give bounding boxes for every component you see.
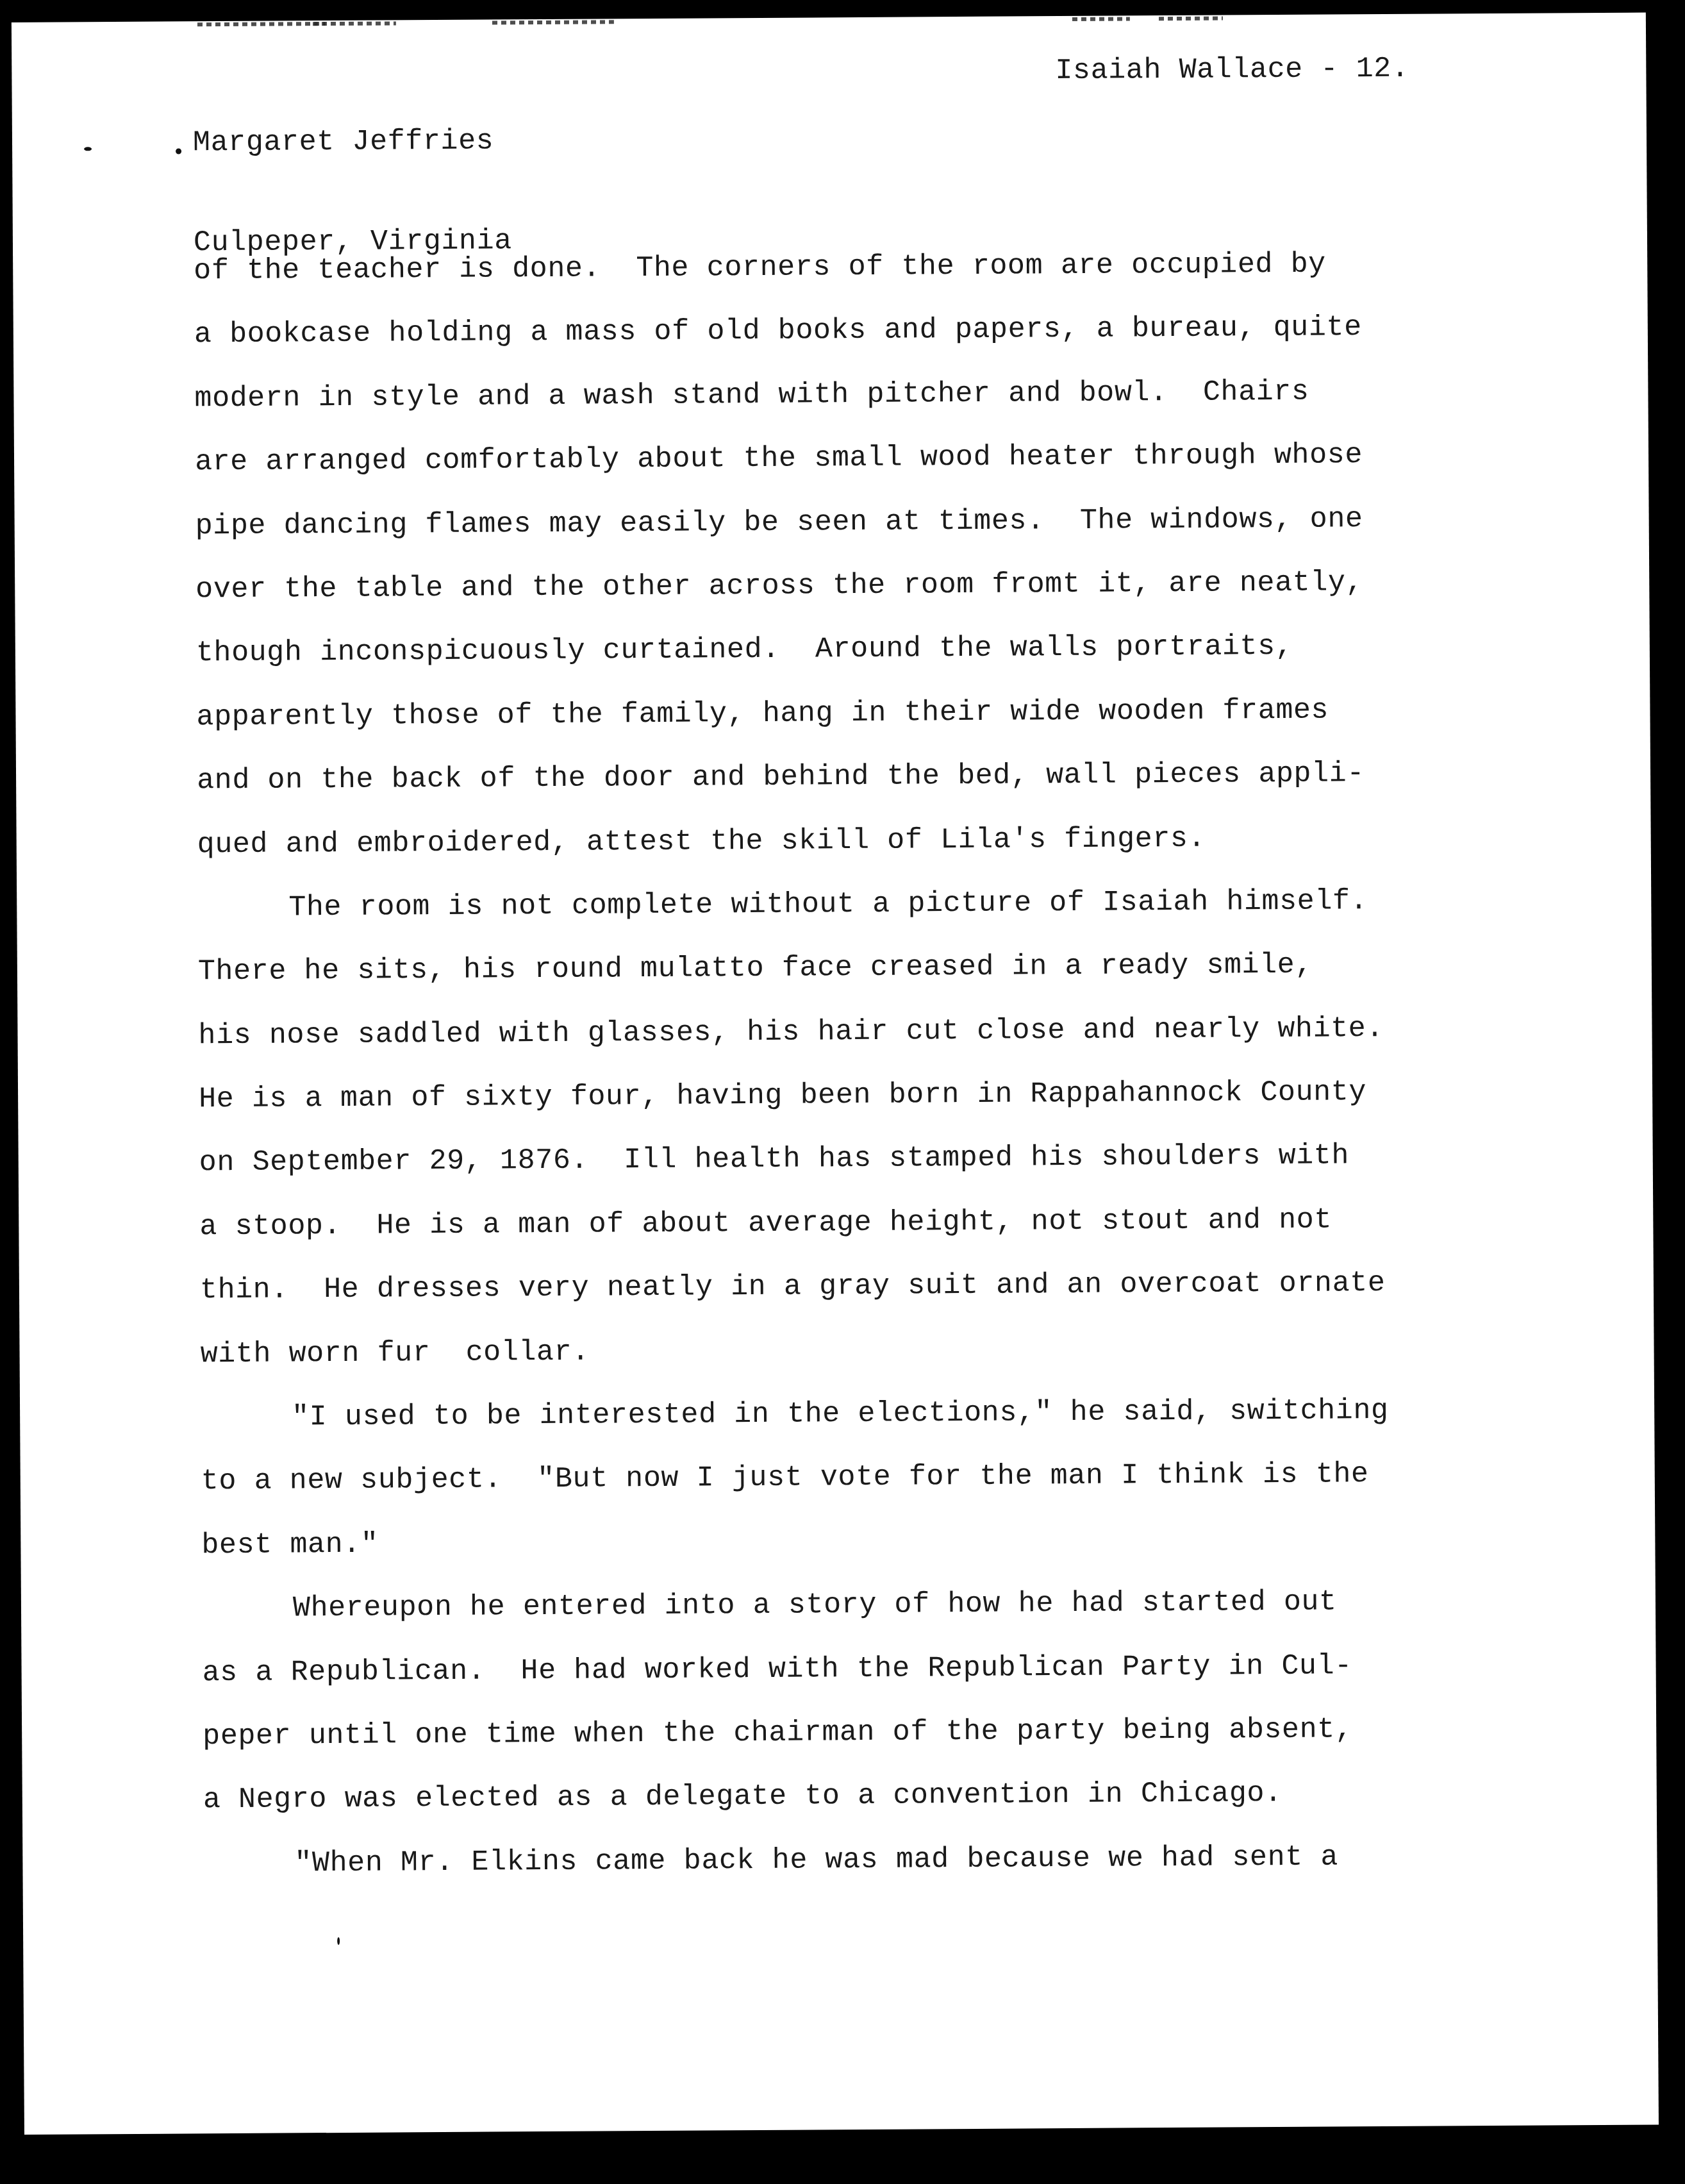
text-line: and on the back of the door and behind t… xyxy=(197,741,1543,813)
faded-header-residue xyxy=(313,21,396,26)
running-title: Isaiah Wallace - 12. xyxy=(1055,53,1409,88)
text-line: his nose saddled with glasses, his hair … xyxy=(198,996,1545,1067)
text-line: "I used to be interested in the election… xyxy=(201,1378,1547,1450)
text-line: on September 29, 1876. Ill health has st… xyxy=(199,1123,1545,1195)
text-line: a stoop. He is a man of about average he… xyxy=(199,1187,1546,1258)
text-line: modern in style and a wash stand with pi… xyxy=(194,358,1541,430)
text-line: Whereupon he entered into a story of how… xyxy=(202,1569,1548,1641)
scanned-page: Margaret Jeffries Culpeper, Virginia Isa… xyxy=(12,12,1659,2135)
text-line: peper until one time when the chairman o… xyxy=(203,1696,1549,1768)
text-line: though inconspicuously curtained. Around… xyxy=(196,613,1543,685)
text-line: The room is not complete without a pictu… xyxy=(197,868,1544,940)
text-line: are arranged comfortably about the small… xyxy=(195,422,1541,494)
text-line: of the teacher is done. The corners of t… xyxy=(194,231,1540,303)
faded-header-residue xyxy=(1072,17,1130,21)
text-line: pipe dancing flames may easily be seen a… xyxy=(195,486,1541,558)
text-line: as a Republican. He had worked with the … xyxy=(202,1633,1548,1705)
text-line: a Negro was elected as a delegate to a c… xyxy=(203,1760,1550,1832)
text-line: to a new subject. "But now I just vote f… xyxy=(201,1442,1547,1513)
faded-header-residue xyxy=(492,20,614,24)
text-line: apparently those of the family, hang in … xyxy=(196,677,1543,749)
text-line: a bookcase holding a mass of old books a… xyxy=(194,295,1541,367)
text-line: qued and embroidered, attest the skill o… xyxy=(197,804,1543,876)
author-name: Margaret Jeffries xyxy=(193,124,511,160)
text-line: He is a man of sixty four, having been b… xyxy=(199,1060,1545,1131)
faded-header-residue xyxy=(197,22,326,26)
ink-speck xyxy=(176,148,181,154)
text-line: There he sits, his round mulatto face cr… xyxy=(198,932,1545,1004)
ink-speck xyxy=(337,1937,340,1945)
faded-header-residue xyxy=(1159,17,1223,21)
text-line: best man." xyxy=(201,1505,1548,1577)
text-line: over the table and the other across the … xyxy=(195,549,1542,621)
ink-speck xyxy=(84,147,92,151)
text-line: with worn fur collar. xyxy=(200,1314,1547,1386)
text-line: thin. He dresses very neatly in a gray s… xyxy=(200,1251,1547,1322)
text-line: "When Mr. Elkins came back he was mad be… xyxy=(203,1824,1550,1896)
body-text: of the teacher is done. The corners of t… xyxy=(194,231,1550,1896)
